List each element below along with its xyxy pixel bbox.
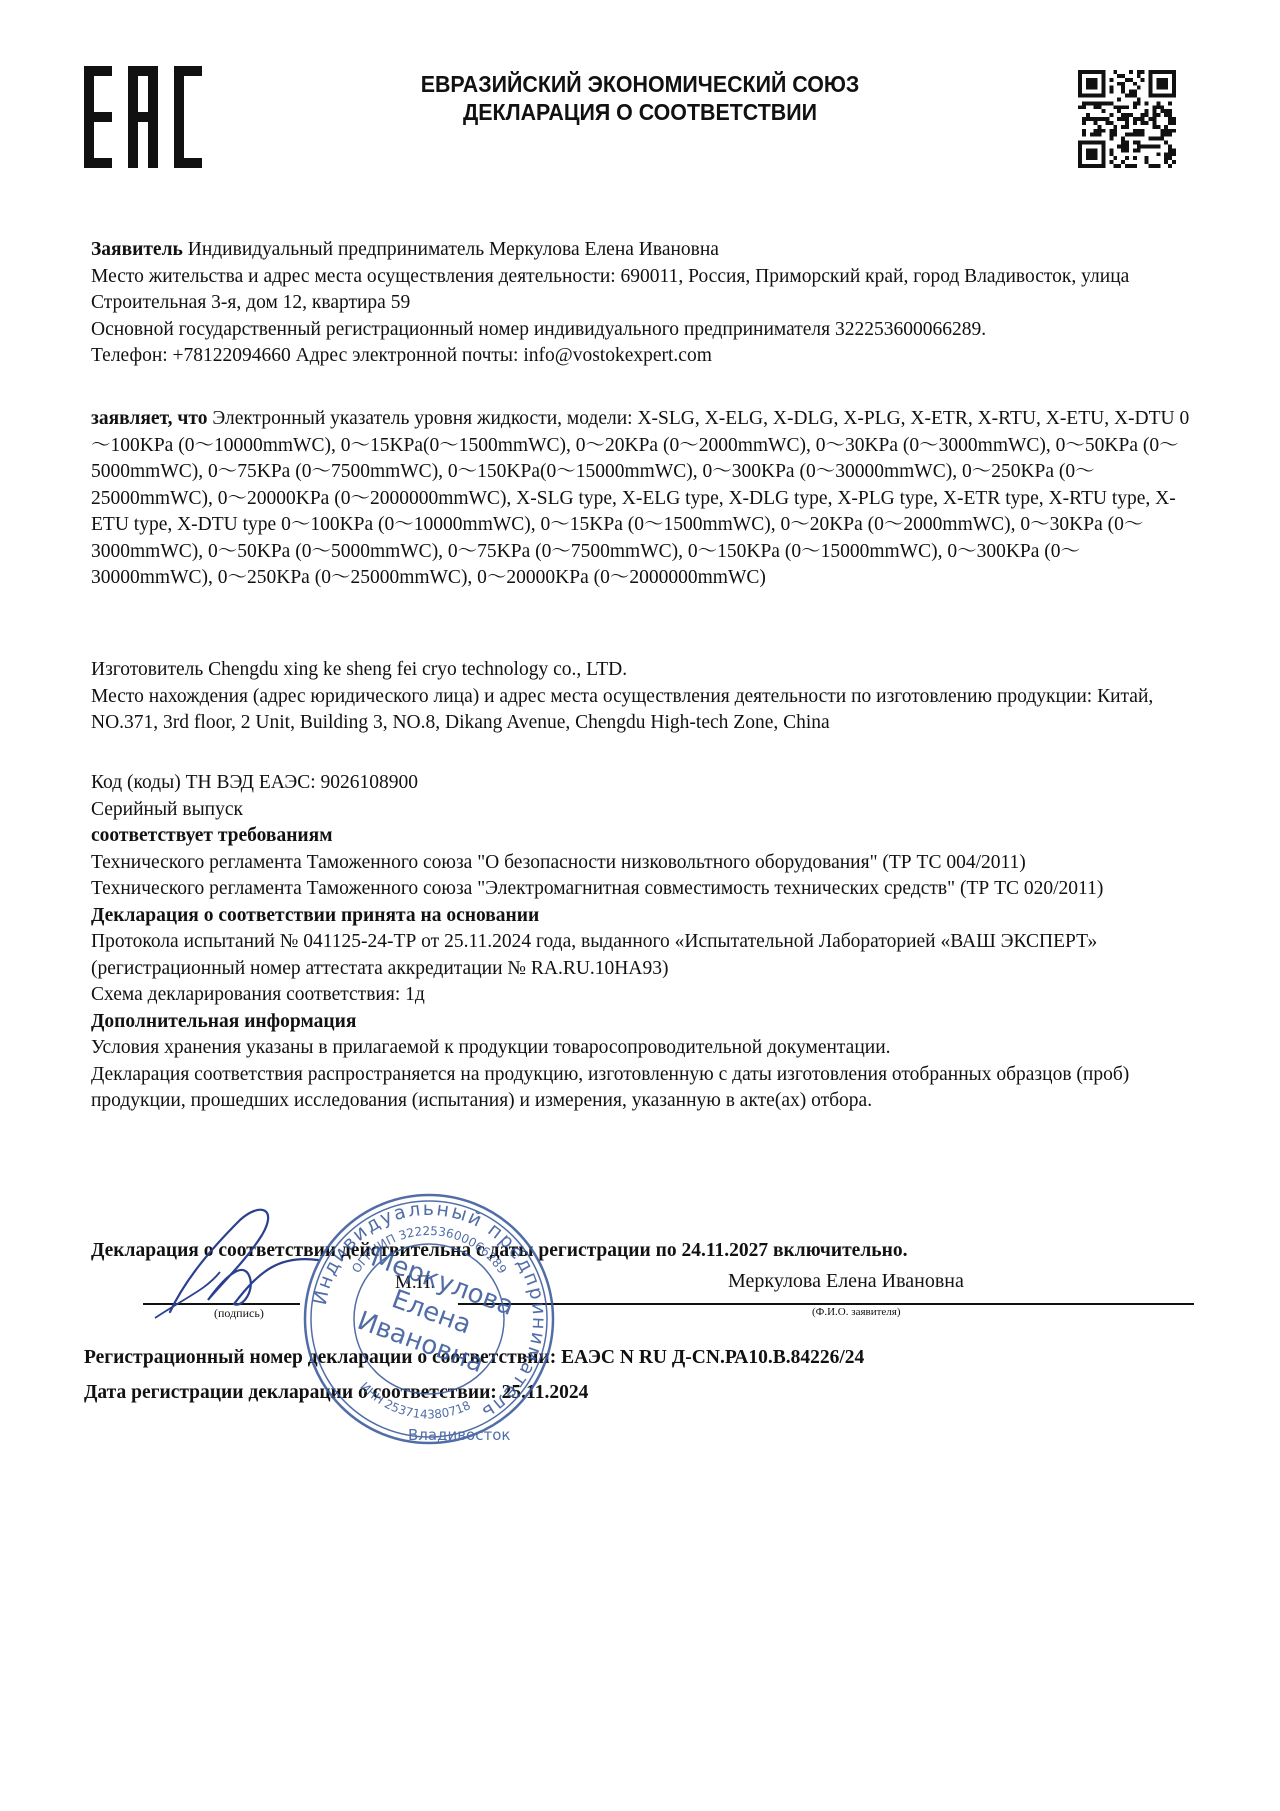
applicant-contacts: Телефон: +78122094660 Адрес электронной … bbox=[91, 343, 1201, 370]
applicant-address: Место жительства и адрес места осуществл… bbox=[91, 264, 1201, 317]
product-description: Электронный указатель уровня жидкости, м… bbox=[91, 408, 1189, 588]
signer-name: Меркулова Елена Ивановна bbox=[728, 1270, 964, 1293]
seal-place-label: М.П. bbox=[395, 1272, 435, 1294]
applicant-section: Заявитель Индивидуальный предприниматель… bbox=[91, 237, 1201, 370]
title-union: ЕВРАЗИЙСКИЙ ЭКОНОМИЧЕСКИЙ СОЮЗ bbox=[324, 70, 956, 98]
regulation-004: Технического регламента Таможенного союз… bbox=[91, 850, 1201, 877]
eac-logo-icon bbox=[84, 66, 202, 168]
manufacturer-name: Изготовитель Chengdu xing ke sheng fei c… bbox=[91, 657, 1201, 684]
stamp-city: Владивосток bbox=[408, 1426, 510, 1444]
basis-heading: Декларация о соответствии принята на осн… bbox=[91, 903, 1201, 930]
conforms-heading: соответствует требованиям bbox=[91, 823, 1201, 850]
title-declaration: ДЕКЛАРАЦИЯ О СООТВЕТСТВИИ bbox=[324, 98, 956, 126]
qr-code-icon[interactable] bbox=[1078, 70, 1176, 168]
declaration-section: заявляет, что Электронный указатель уров… bbox=[91, 406, 1201, 640]
manufacturer-section: Изготовитель Chengdu xing ke sheng fei c… bbox=[91, 657, 1201, 737]
test-protocol: Протокола испытаний № 041125-24-ТР от 25… bbox=[91, 929, 1201, 982]
registration-date: Дата регистрации декларации о соответств… bbox=[84, 1382, 588, 1404]
declaration-scheme: Схема декларирования соответствия: 1д bbox=[91, 982, 1201, 1009]
registration-number: Регистрационный номер декларации о соотв… bbox=[84, 1347, 864, 1369]
signature-caption: (подпись) bbox=[214, 1306, 264, 1321]
scope-note: Декларация соответствия распространяется… bbox=[91, 1062, 1201, 1115]
tn-ved-code: Код (коды) ТН ВЭД ЕАЭС: 9026108900 bbox=[91, 770, 1201, 797]
extra-info-heading: Дополнительная информация bbox=[91, 1009, 1201, 1036]
applicant-name: Индивидуальный предприниматель Меркулова… bbox=[183, 239, 719, 260]
name-caption: (Ф.И.О. заявителя) bbox=[812, 1306, 901, 1318]
storage-conditions: Условия хранения указаны в прилагаемой к… bbox=[91, 1035, 1201, 1062]
release-type: Серийный выпуск bbox=[91, 797, 1201, 824]
signature-line bbox=[143, 1303, 300, 1305]
manufacturer-address: Место нахождения (адрес юридического лиц… bbox=[91, 684, 1201, 737]
name-line bbox=[458, 1303, 1194, 1305]
regulation-020: Технического регламента Таможенного союз… bbox=[91, 876, 1201, 903]
official-stamp-icon: Индивидуальный предприниматель ОГРНИП 32… bbox=[298, 1190, 560, 1448]
applicant-ogrnip: Основной государственный регистрационный… bbox=[91, 317, 1201, 344]
declares-label: заявляет, что bbox=[91, 408, 208, 429]
validity-statement: Декларация о соответствии действительна … bbox=[91, 1238, 1201, 1265]
applicant-label: Заявитель bbox=[91, 239, 183, 260]
conformity-section: Код (коды) ТН ВЭД ЕАЭС: 9026108900 Серий… bbox=[91, 770, 1201, 1115]
document-title: ЕВРАЗИЙСКИЙ ЭКОНОМИЧЕСКИЙ СОЮЗ ДЕКЛАРАЦИ… bbox=[324, 70, 956, 126]
